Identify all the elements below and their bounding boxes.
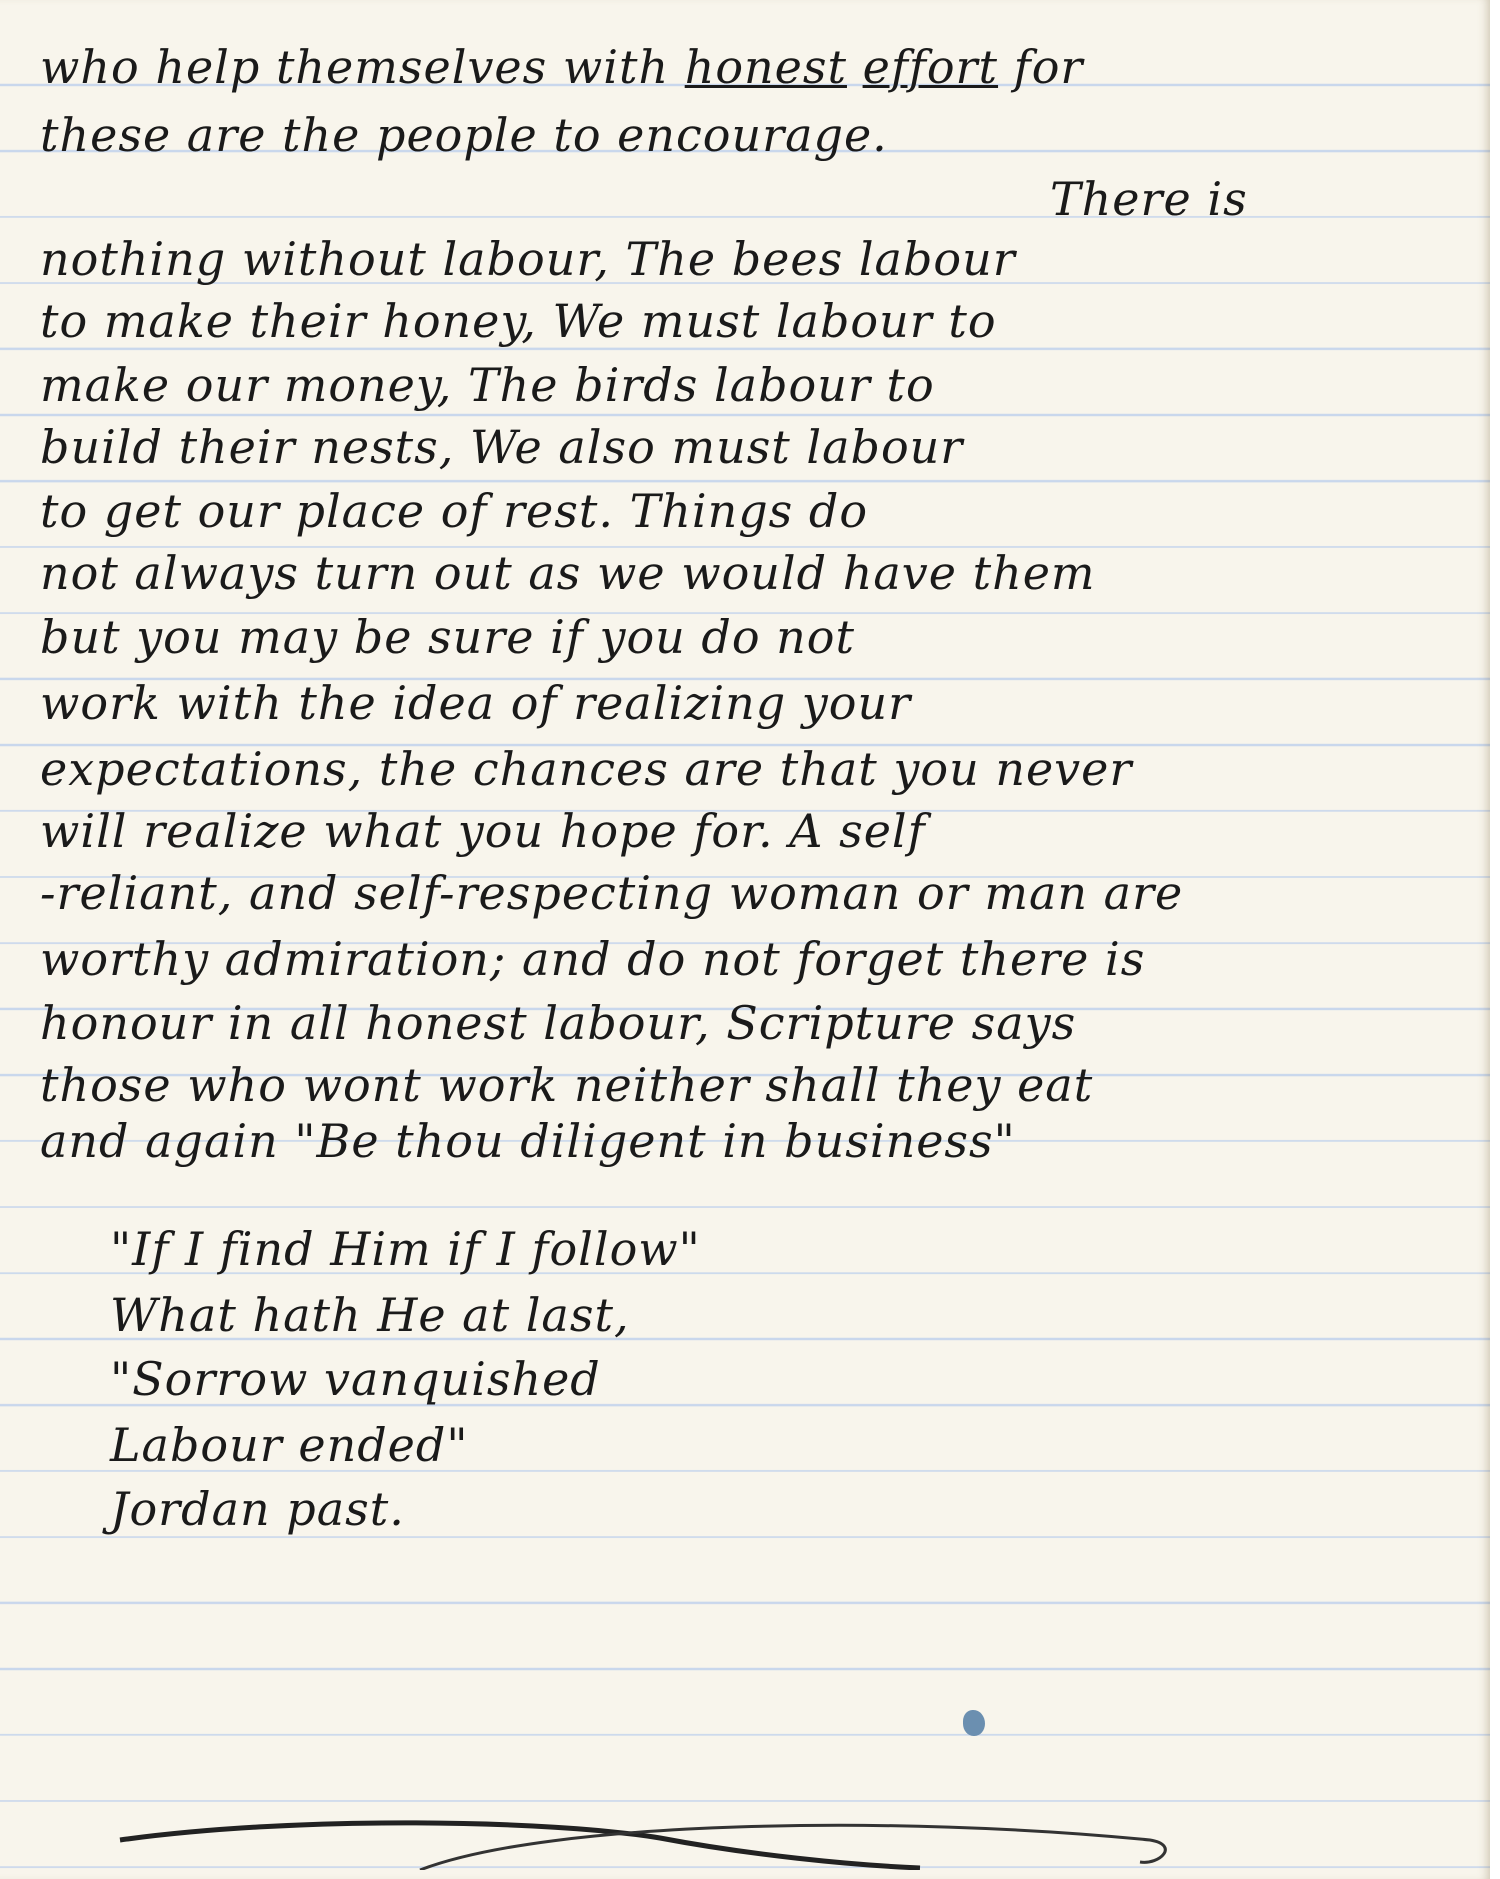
verse-line-4: Labour ended" [110, 1418, 468, 1472]
prose-line-5: to make their honey, We must labour to [40, 294, 997, 348]
underlined-word-effort: effort [863, 40, 998, 94]
prose-line-2: these are the people to encourage. [40, 108, 888, 162]
underlined-word-honest: honest [685, 40, 847, 94]
prose-line-11: work with the idea of realizing your [40, 676, 911, 730]
notebook-page: who help themselves with honest effort f… [0, 0, 1490, 1879]
prose-line-3: There is [1050, 172, 1248, 226]
verse-line-3: "Sorrow vanquished [110, 1352, 601, 1406]
prose-line-17: those who wont work neither shall they e… [40, 1058, 1093, 1112]
prose-line-7: build their nests, We also must labour [40, 420, 963, 474]
prose-line-13: will realize what you hope for. A self [40, 804, 926, 858]
prose-line-1-start: who help themselves with [40, 40, 685, 94]
prose-line-4: nothing without labour, The bees labour [40, 232, 1016, 286]
verse-line-5: Jordan past. [110, 1482, 405, 1536]
prose-line-18: and again "Be thou diligent in business" [40, 1114, 1016, 1168]
prose-line-8: to get our place of rest. Things do [40, 484, 868, 538]
signature-flourish [100, 1800, 1200, 1870]
prose-line-16: honour in all honest labour, Scripture s… [40, 996, 1076, 1050]
ink-blot [963, 1710, 985, 1736]
prose-line-10: but you may be sure if you do not [40, 610, 855, 664]
prose-line-6: make our money, The birds labour to [40, 358, 935, 412]
verse-line-2: What hath He at last, [110, 1288, 630, 1342]
verse-line-1: "If I find Him if I follow" [110, 1222, 701, 1276]
prose-line-1-end: for [998, 40, 1083, 94]
prose-line-14: -reliant, and self-respecting woman or m… [40, 866, 1183, 920]
prose-line-9: not always turn out as we would have the… [40, 546, 1096, 600]
prose-line-15: worthy admiration; and do not forget the… [40, 932, 1145, 986]
prose-line-1: who help themselves with honest effort f… [40, 40, 1083, 94]
prose-line-12: expectations, the chances are that you n… [40, 742, 1132, 796]
